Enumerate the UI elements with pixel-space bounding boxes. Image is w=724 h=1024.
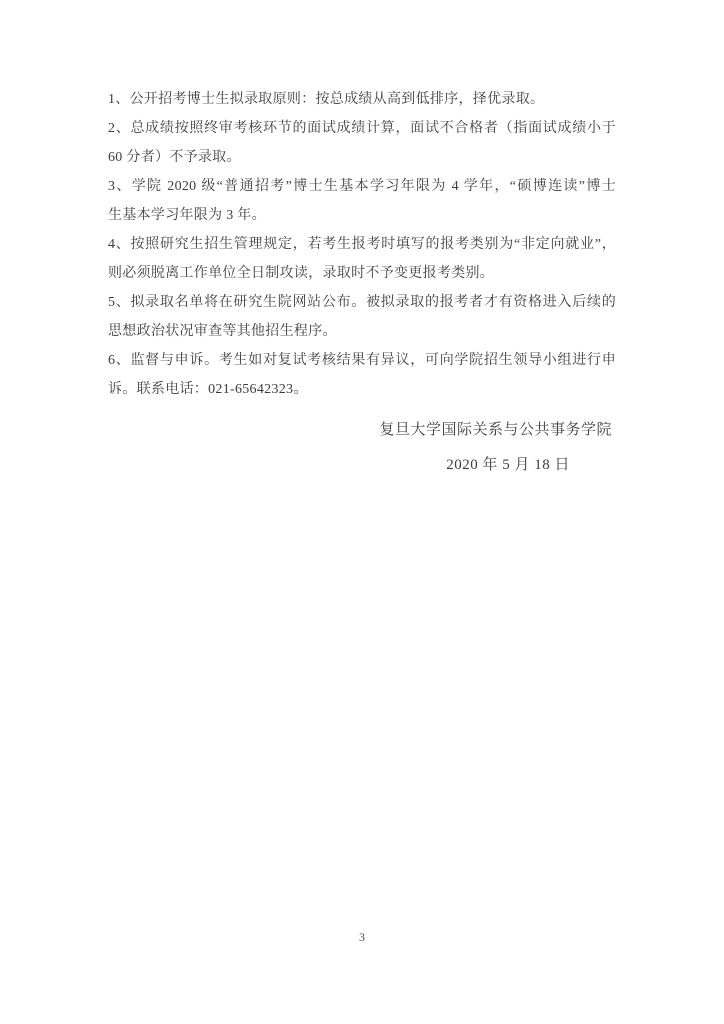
document-line-item2-2: 60 分者）不予录取。 <box>108 143 616 172</box>
document-line-item5-2: 思想政治状况审查等其他招生程序。 <box>108 317 616 346</box>
document-line-item5-1: 5、拟录取名单将在研究生院网站公布。被拟录取的报考者才有资格进入后续的 <box>108 288 616 317</box>
signature-line: 复旦大学国际关系与公共事务学院 <box>379 416 612 445</box>
document-line-item4-2: 则必须脱离工作单位全日制攻读，录取时不予变更报考类别。 <box>108 259 616 288</box>
document-body: 1、公开招考博士生拟录取原则：按总成绩从高到低排序，择优录取。 2、总成绩按照终… <box>108 85 616 404</box>
document-line-item6-1: 6、监督与申诉。考生如对复试考核结果有异议，可向学院招生领导小组进行申 <box>108 346 616 375</box>
document-line-item4-1: 4、按照研究生招生管理规定，若考生报考时填写的报考类别为“非定向就业”， <box>108 230 616 259</box>
document-page: 1、公开招考博士生拟录取原则：按总成绩从高到低排序，择优录取。 2、总成绩按照终… <box>0 0 724 1024</box>
document-line-item1: 1、公开招考博士生拟录取原则：按总成绩从高到低排序，择优录取。 <box>108 85 616 114</box>
page-number: 3 <box>0 930 724 945</box>
document-line-item3-2: 生基本学习年限为 3 年。 <box>108 201 616 230</box>
document-line-item2-1: 2、总成绩按照终审考核环节的面试成绩计算，面试不合格者（指面试成绩小于 <box>108 114 616 143</box>
document-line-item6-2: 诉。联系电话：021-65642323。 <box>108 375 616 404</box>
document-line-item3-1: 3、学院 2020 级“普通招考”博士生基本学习年限为 4 学年，“硕博连读”博… <box>108 172 616 201</box>
signature-block: 复旦大学国际关系与公共事务学院 2020 年 5 月 18 日 <box>379 416 612 480</box>
date-line: 2020 年 5 月 18 日 <box>379 451 612 480</box>
